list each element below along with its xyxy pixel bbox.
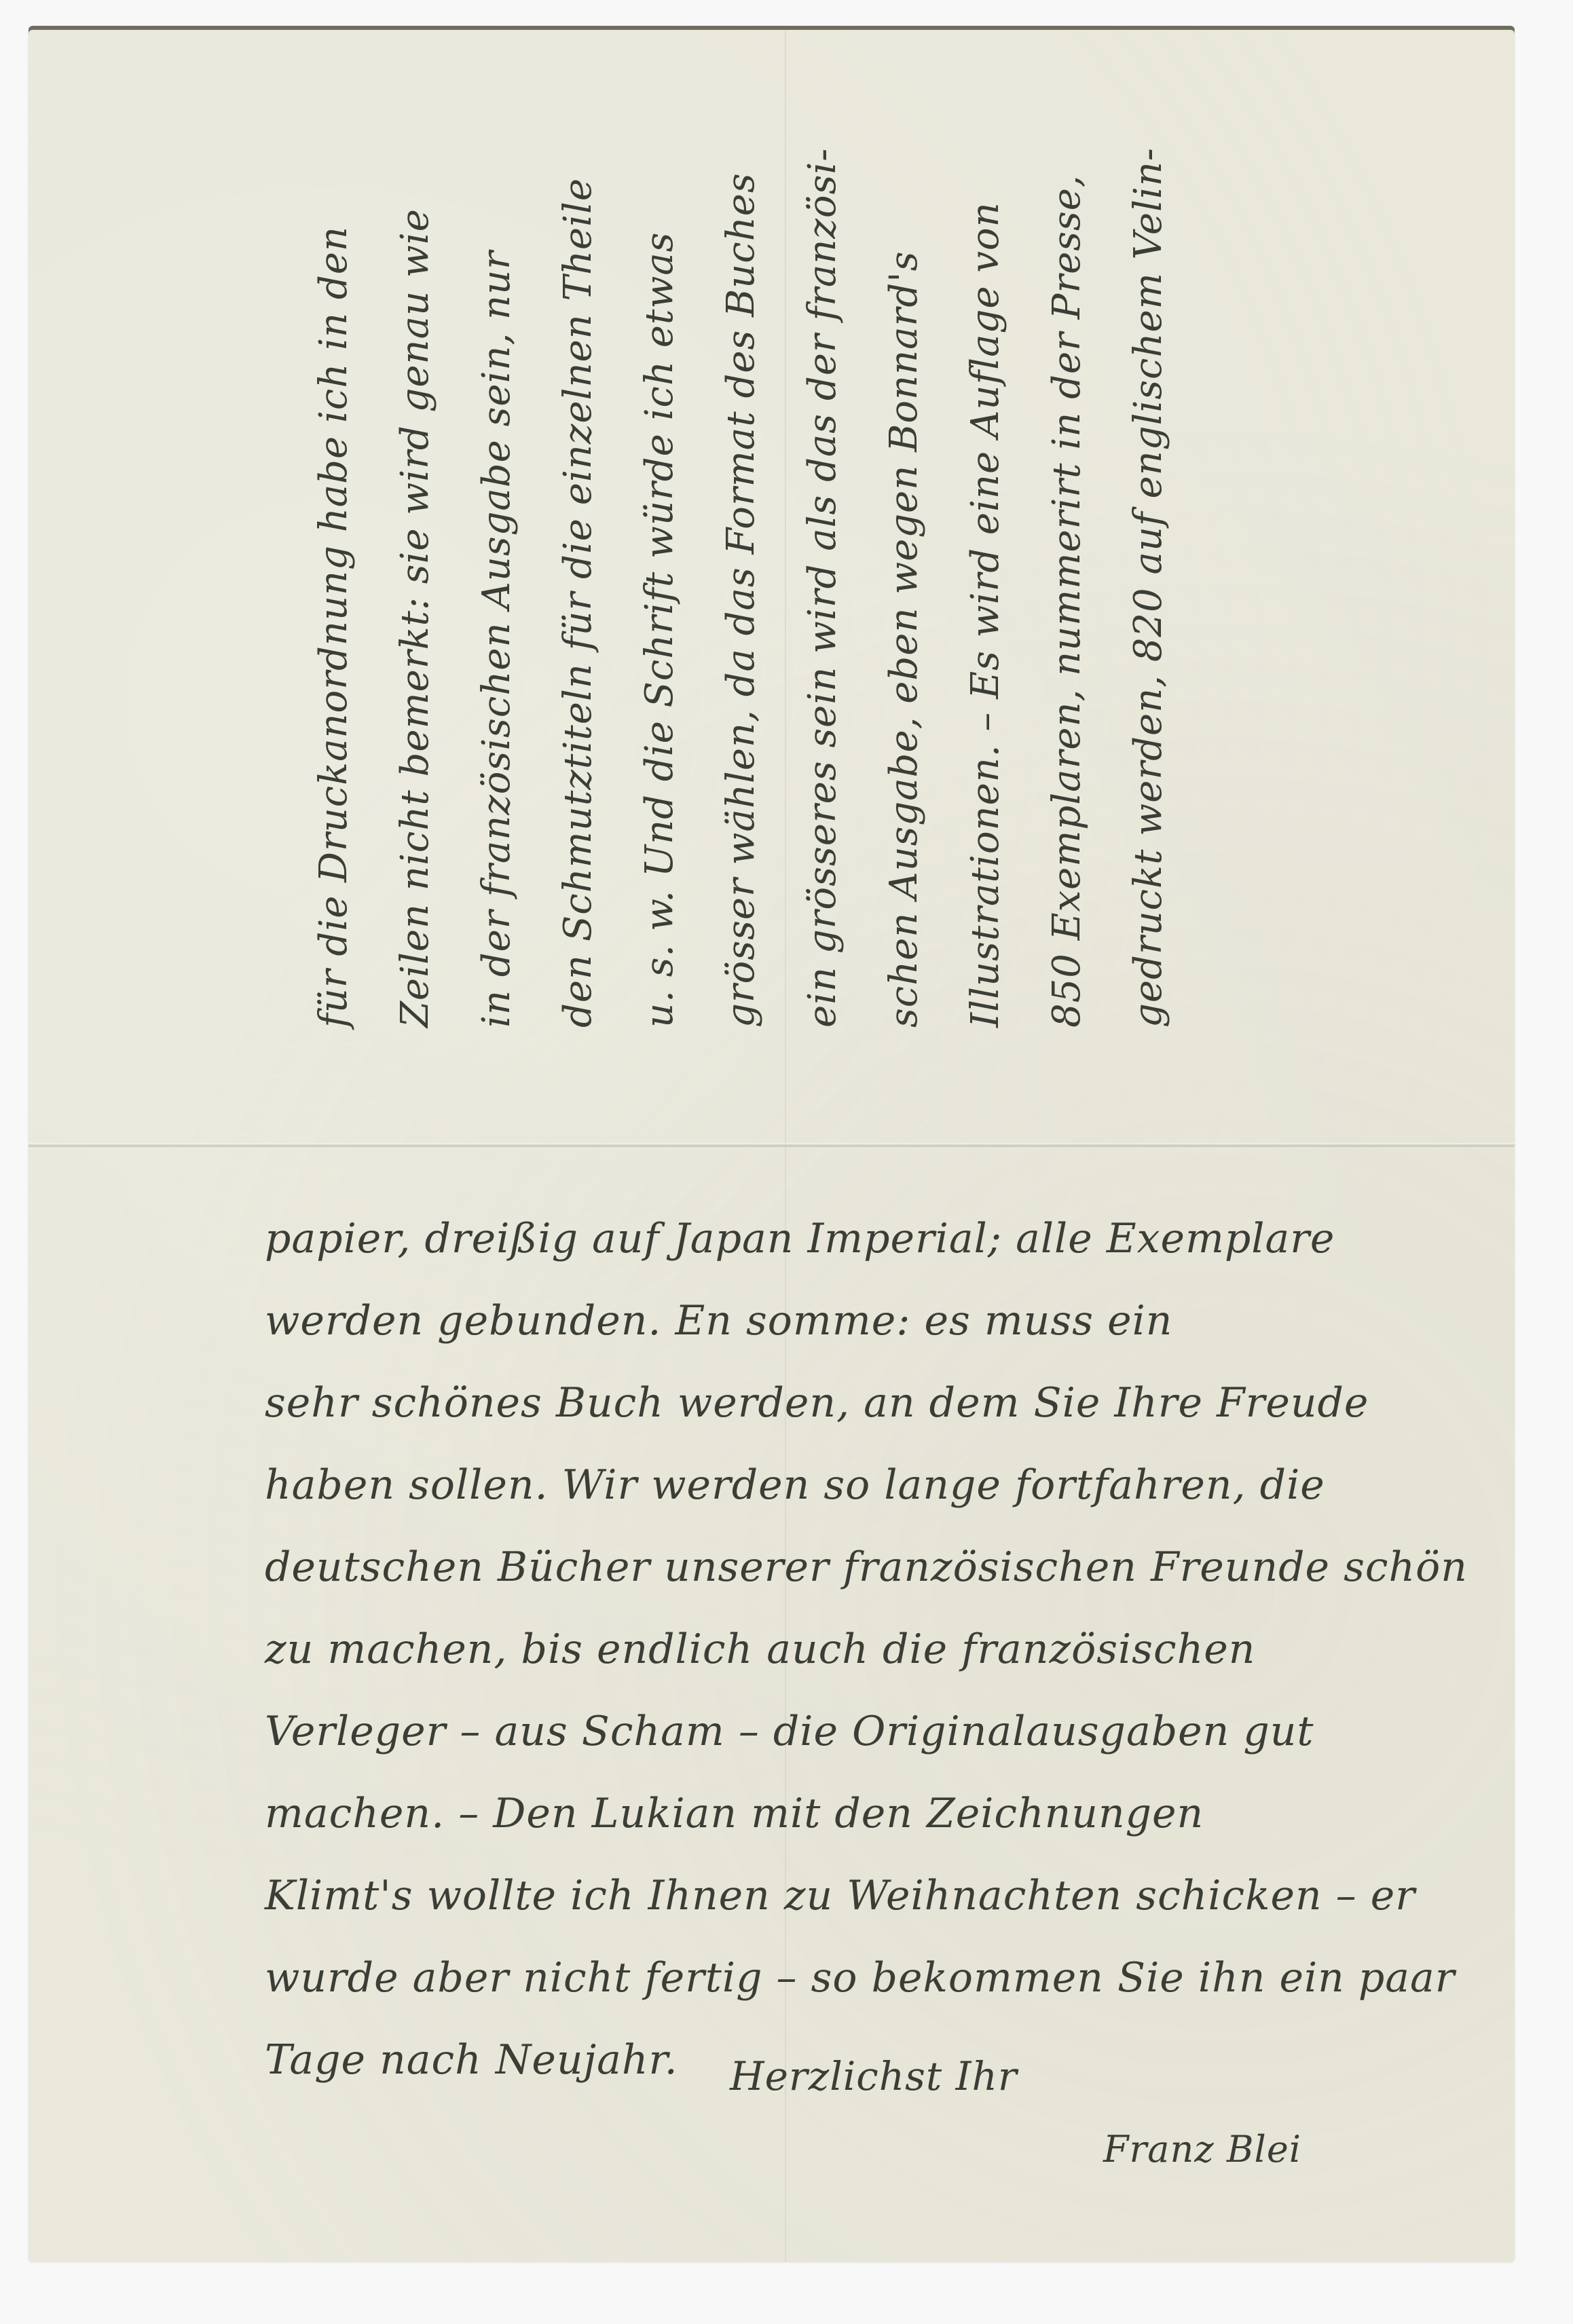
rotated-line: ein grösseres sein wird als das der fran… — [802, 148, 843, 1028]
rotated-line: in der französischen Ausgabe sein, nur — [477, 250, 517, 1028]
rotated-line: Illustrationen. – Es wird eine Auflage v… — [965, 202, 1006, 1028]
text-line: werden gebunden. En somme: es muss ein — [265, 1290, 1460, 1372]
rotated-line: gedruckt werden, 820 auf englischem Veli… — [1128, 147, 1169, 1028]
text-line: deutschen Bücher unserer französischen F… — [265, 1537, 1460, 1619]
text-line: Klimt's wollte ich Ihnen zu Weihnachten … — [265, 1865, 1460, 1947]
rotated-line: Zeilen nicht bemerkt: sie wird genau wie — [395, 208, 436, 1028]
text-line: machen. – Den Lukian mit den Zeichnungen — [265, 1783, 1460, 1865]
text-line: papier, dreißig auf Japan Imperial; alle… — [265, 1208, 1460, 1290]
rotated-line: 850 Exemplaren, nummerirt in der Presse, — [1047, 174, 1088, 1028]
horizontal-fold-crease — [29, 1143, 1515, 1148]
text-line: wurde aber nicht fertig – so bekommen Si… — [265, 1947, 1460, 2029]
closing-salutation: Herzlichst Ihr — [730, 2053, 1018, 2099]
rotated-line: u. s. w. Und die Schrift würde ich etwas — [640, 232, 680, 1028]
text-line: Verleger – aus Scham – die Originalausga… — [265, 1701, 1460, 1783]
rotated-line: den Schmutztiteln für die einzelnen Thei… — [558, 178, 599, 1028]
text-line: haben sollen. Wir werden so lange fortfa… — [265, 1455, 1460, 1537]
rotated-line: schen Ausgabe, eben wegen Bonnard's — [884, 251, 925, 1028]
rotated-line: für die Druckanordnung habe ich in den — [314, 226, 354, 1028]
rotated-line: grösser wählen, da das Format des Buches — [721, 172, 762, 1028]
text-line: zu machen, bis endlich auch die französi… — [265, 1619, 1460, 1701]
rotated-text-block: für die Druckanordnung habe ich in den Z… — [29, 30, 1515, 1143]
signature: Franz Blei — [1103, 2128, 1301, 2171]
lower-text-block: papier, dreißig auf Japan Imperial; alle… — [265, 1208, 1460, 2112]
text-line: sehr schönes Buch werden, an dem Sie Ihr… — [265, 1372, 1460, 1455]
